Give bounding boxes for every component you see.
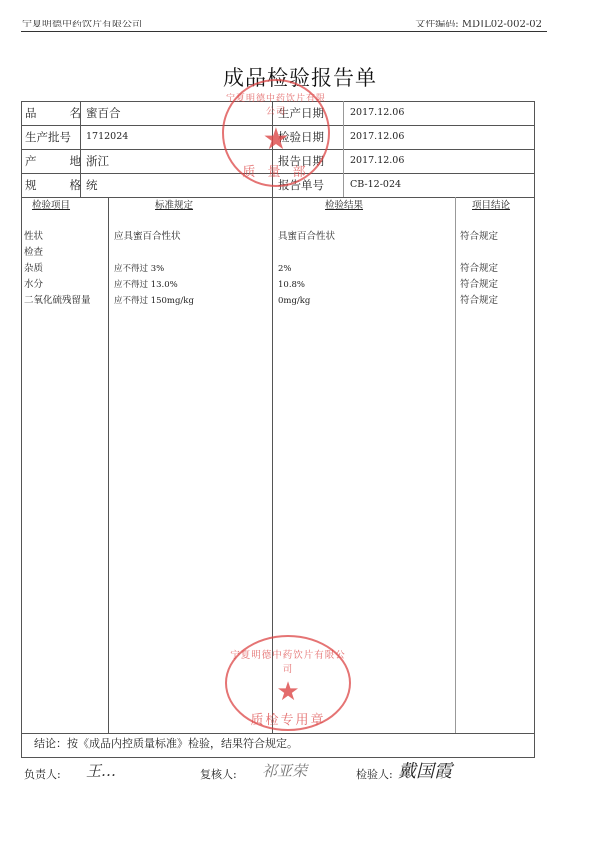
label-char: 产 bbox=[25, 154, 37, 168]
stamp-center-text: 质 量 部 bbox=[224, 161, 328, 180]
quality-department-stamp: 宁夏明德中药饮片有限公司 ★ 质 量 部 bbox=[222, 79, 330, 187]
value-specification: 统 bbox=[86, 178, 98, 192]
value-report-date: 2017.12.06 bbox=[350, 154, 404, 168]
cell-item: 二氧化硫残留量 bbox=[24, 294, 91, 308]
reviewer-label: 复核人: bbox=[200, 766, 237, 782]
header-rule bbox=[21, 31, 547, 32]
cell-result: 具蜜百合性状 bbox=[278, 230, 335, 244]
cell-standard: 应不得过 150mg/kg bbox=[114, 294, 194, 308]
inspector-label: 检验人: bbox=[356, 766, 393, 782]
cell-standard: 应不得过 13.0% bbox=[114, 278, 178, 292]
stamp-arc-text: 宁夏明德中药饮片有限公司 bbox=[224, 91, 328, 117]
cell-item: 杂质 bbox=[24, 262, 43, 276]
cell-item: 水分 bbox=[24, 278, 43, 292]
reviewer-signature: 祁亚荣 bbox=[262, 760, 307, 781]
header-result: 检验结果 bbox=[325, 199, 363, 213]
cell-result: 0mg/kg bbox=[278, 294, 310, 308]
label-char: 品 bbox=[25, 106, 37, 120]
cell-item: 性状 bbox=[24, 230, 43, 244]
value-inspection-date: 2017.12.06 bbox=[350, 130, 404, 144]
cell-item: 检查 bbox=[24, 246, 43, 260]
star-icon: ★ bbox=[227, 679, 349, 705]
label-product-name: 品 名 bbox=[25, 106, 81, 120]
label-char: 格 bbox=[70, 178, 82, 192]
cell-result: 2% bbox=[278, 262, 292, 276]
value-product-name: 蜜百合 bbox=[86, 106, 121, 120]
cell-result: 10.8% bbox=[278, 278, 305, 292]
col-divider bbox=[455, 197, 456, 733]
value-origin: 浙江 bbox=[86, 154, 109, 168]
cell-standard: 应不得过 3% bbox=[114, 262, 164, 276]
value-report-number: CB-12-024 bbox=[350, 178, 401, 192]
label-batch-number: 生产批号 bbox=[25, 130, 71, 144]
cell-conclusion: 符合规定 bbox=[460, 262, 498, 276]
header-test-item: 检验项目 bbox=[32, 199, 70, 213]
table-border-left bbox=[21, 101, 22, 758]
value-batch-number: 1712024 bbox=[86, 130, 128, 144]
cell-conclusion: 符合规定 bbox=[460, 294, 498, 308]
label-origin: 产 地 bbox=[25, 154, 81, 168]
conclusion-text: 结论：按《成品内控质量标准》检验，结果符合规定。 bbox=[34, 737, 298, 751]
label-char: 规 bbox=[25, 178, 37, 192]
stamp-arc-text: 宁夏明德中药饮片有限公司 bbox=[227, 647, 349, 675]
file-code-header: 文件编码: MDJL02-002-02 bbox=[415, 20, 542, 27]
header-standard: 标准规定 bbox=[155, 199, 193, 213]
inspector-signature: 戴国霞 bbox=[398, 757, 452, 783]
label-char: 名 bbox=[70, 106, 82, 120]
cell-conclusion: 符合规定 bbox=[460, 278, 498, 292]
col-divider bbox=[108, 197, 109, 733]
table-border-right bbox=[534, 101, 535, 758]
label-specification: 规 格 bbox=[25, 178, 81, 192]
header-conclusion: 项目结论 bbox=[472, 199, 510, 213]
responsible-label: 负责人: bbox=[24, 766, 61, 782]
label-char: 地 bbox=[70, 154, 82, 168]
row-divider bbox=[21, 733, 535, 734]
row-divider bbox=[21, 197, 535, 198]
cell-standard: 应具蜜百合性状 bbox=[114, 230, 181, 244]
value-production-date: 2017.12.06 bbox=[350, 106, 404, 120]
cell-conclusion: 符合规定 bbox=[460, 230, 498, 244]
star-icon: ★ bbox=[224, 125, 328, 155]
table-border-bottom bbox=[21, 757, 535, 758]
col-divider bbox=[343, 101, 344, 197]
responsible-signature: 王… bbox=[86, 760, 116, 781]
qc-seal-stamp: 宁夏明德中药饮片有限公司 ★ 质检专用章 bbox=[225, 635, 351, 731]
company-name-header: 宁夏明德中药饮片有限公司 bbox=[22, 20, 142, 27]
stamp-center-text: 质检专用章 bbox=[227, 709, 349, 728]
